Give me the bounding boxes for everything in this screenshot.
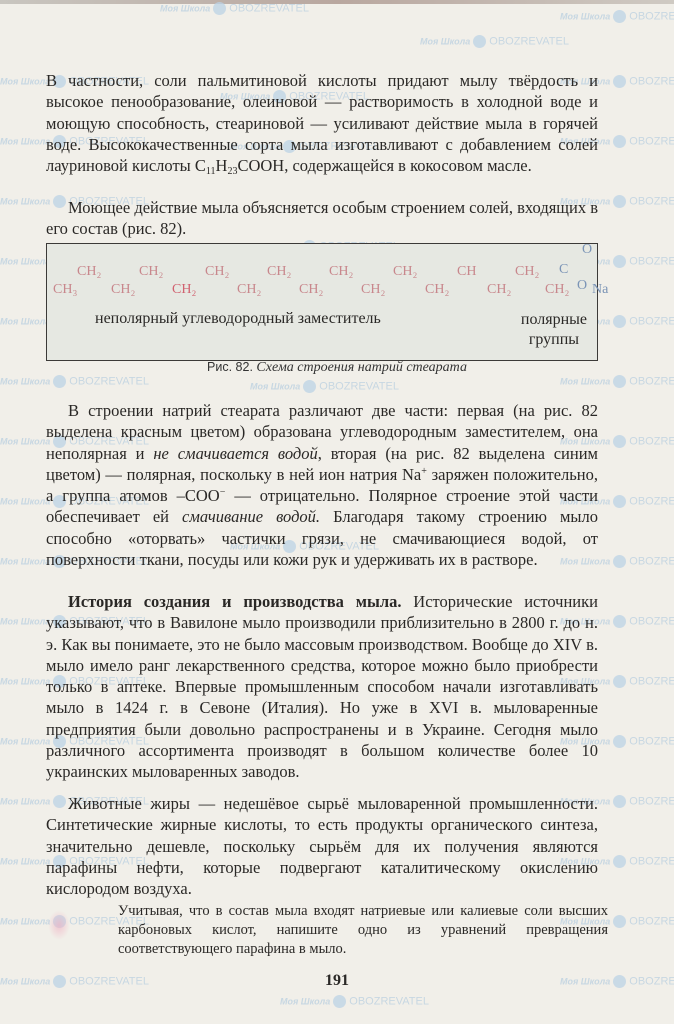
carboxyl-oxygen-double: O	[582, 242, 592, 258]
chain-lower-group: CH₂	[545, 282, 569, 298]
obozrevatel-logo-icon	[613, 495, 626, 508]
paragraph-fatty-acids: В частности, соли пальмитиновой кислоты …	[46, 70, 598, 176]
watermark: Моя ШколаOBOZREVATEL	[250, 380, 399, 393]
obozrevatel-logo-icon	[613, 135, 626, 148]
chain-upper-group: CH₂	[393, 264, 417, 280]
chain-upper-group: CH₂	[77, 264, 101, 280]
chain-lower-group: CH₂	[487, 282, 511, 298]
chain-lower-group: CH₃	[53, 282, 77, 298]
obozrevatel-logo-icon	[333, 995, 346, 1008]
stearate-chain-diagram: CH₃CH₂CH₂CH₂CH₂CH₂CH₂CH₂CH₂CH₂CH₂CH₂CH₂C…	[47, 244, 599, 314]
paragraph-animal-fats: Животные жиры — недешёвое сырьё мыловаре…	[46, 793, 598, 899]
obozrevatel-logo-icon	[613, 915, 626, 928]
section-heading: История создания и производства мыла.	[68, 592, 401, 611]
obozrevatel-logo-icon	[613, 555, 626, 568]
paragraph-text: , содержащейся в кокосовом масле.	[284, 156, 532, 175]
obozrevatel-logo-icon	[613, 675, 626, 688]
sodium-ion: Na	[592, 282, 608, 298]
chain-lower-group: CH₂	[425, 282, 449, 298]
obozrevatel-logo-icon	[473, 35, 486, 48]
exercise-task: Учитывая, что в состав мыла входят натри…	[118, 902, 608, 959]
obozrevatel-logo-icon	[613, 75, 626, 88]
chain-lower-group: CH₂	[172, 282, 196, 298]
chain-lower-group: CH₂	[111, 282, 135, 298]
page-top-edge	[0, 0, 674, 4]
obozrevatel-logo-icon	[613, 795, 626, 808]
page-number: 191	[0, 972, 674, 990]
paragraph-soap-history: История создания и производства мыла. Ис…	[46, 591, 598, 783]
obozrevatel-logo-icon	[613, 315, 626, 328]
obozrevatel-logo-icon	[613, 10, 626, 23]
obozrevatel-logo-icon	[613, 255, 626, 268]
paragraph-detergent-action: Моющее действие мыла объясняется особым …	[46, 197, 598, 240]
chain-lower-group: CH₂	[237, 282, 261, 298]
obozrevatel-logo-icon	[613, 735, 626, 748]
watermark: Моя ШколаOBOZREVATEL	[560, 10, 674, 23]
obozrevatel-logo-icon	[613, 855, 626, 868]
polar-label: полярные группы	[521, 310, 587, 350]
obozrevatel-logo-icon	[613, 615, 626, 628]
nonpolar-label: неполярный углеводородный заместитель	[95, 310, 381, 328]
obozrevatel-logo-icon	[613, 375, 626, 388]
chain-upper-group: CH₂	[139, 264, 163, 280]
paragraph-stearate-structure: В строении натрий стеарата различают две…	[46, 400, 598, 570]
obozrevatel-logo-icon	[613, 195, 626, 208]
chain-upper-group: CH₂	[515, 264, 539, 280]
figure-caption: Рис. 82. Схема строения натрий стеарата	[0, 360, 674, 376]
task-marker-icon	[48, 910, 70, 940]
watermark: Моя ШколаOBOZREVATEL	[280, 995, 429, 1008]
chain-upper-group: CH	[457, 264, 476, 280]
chain-upper-group: CH₂	[267, 264, 291, 280]
obozrevatel-logo-icon	[53, 375, 66, 388]
obozrevatel-logo-icon	[303, 380, 316, 393]
lauric-acid-formula: C11H23COOH	[195, 156, 284, 175]
carboxyl-oxygen-single: O	[577, 278, 587, 294]
watermark: Моя ШколаOBOZREVATEL	[420, 35, 569, 48]
chain-lower-group: CH₂	[361, 282, 385, 298]
watermark: Моя ШколаOBOZREVATEL	[560, 375, 674, 388]
chain-upper-group: CH₂	[205, 264, 229, 280]
carboxyl-carbon: C	[559, 262, 568, 278]
obozrevatel-logo-icon	[613, 435, 626, 448]
watermark: Моя ШколаOBOZREVATEL	[0, 375, 149, 388]
figure-82-sodium-stearate: CH₃CH₂CH₂CH₂CH₂CH₂CH₂CH₂CH₂CH₂CH₂CH₂CH₂C…	[46, 243, 598, 361]
chain-upper-group: CH₂	[329, 264, 353, 280]
chain-lower-group: CH₂	[299, 282, 323, 298]
